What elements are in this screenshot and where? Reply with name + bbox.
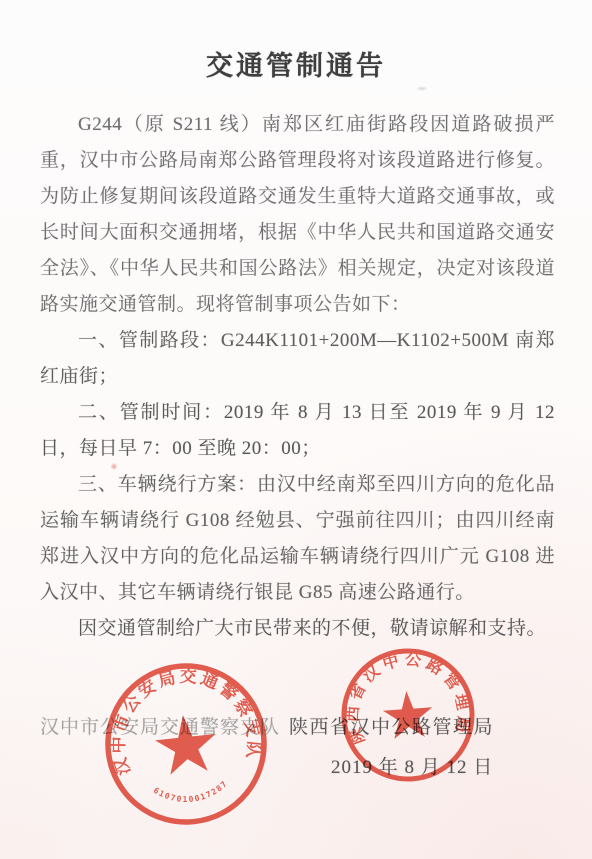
paragraph-section-3-detour-plan: 三、车辆绕行方案：由汉中经南郑至四川方向的危化品运输车辆请绕行 G108 经勉县… bbox=[40, 467, 555, 611]
notice-title: 交通管制通告 bbox=[0, 50, 592, 82]
highway-bureau-stamp: 陕西省汉中公路管理局 bbox=[333, 640, 482, 789]
star-icon bbox=[382, 689, 435, 739]
notice-body: G244（原 S211 线）南郑区红庙街路段因道路破损严重，汉中市公路局南郑公路… bbox=[0, 107, 592, 647]
scanned-notice-page: 交通管制通告 G244（原 S211 线）南郑区红庙街路段因道路破损严重，汉中市… bbox=[0, 0, 592, 859]
paragraph-intro: G244（原 S211 线）南郑区红庙街路段因道路破损严重，汉中市公路局南郑公路… bbox=[40, 107, 555, 323]
svg-text:6107010017287: 6107010017287 bbox=[151, 778, 231, 808]
police-stamp-serial: 6107010017287 bbox=[151, 778, 231, 808]
scan-smudge bbox=[416, 86, 428, 91]
ink-speck bbox=[110, 463, 118, 470]
star-icon bbox=[153, 712, 220, 776]
paragraph-section-2-control-time: 二、管制时间：2019 年 8 月 13 日至 2019 年 9 月 12 日，… bbox=[40, 395, 555, 467]
paragraph-closing: 因交通管制给广大市民带来的不便，敬请谅解和支持。 bbox=[40, 611, 555, 647]
police-traffic-stamp: 汉中市公安局交通警察支队 6107010017287 bbox=[93, 651, 280, 838]
paragraph-section-1-controlled-road: 一、管制路段：G244K1101+200M—K1102+500M 南郑红庙街； bbox=[40, 323, 555, 395]
